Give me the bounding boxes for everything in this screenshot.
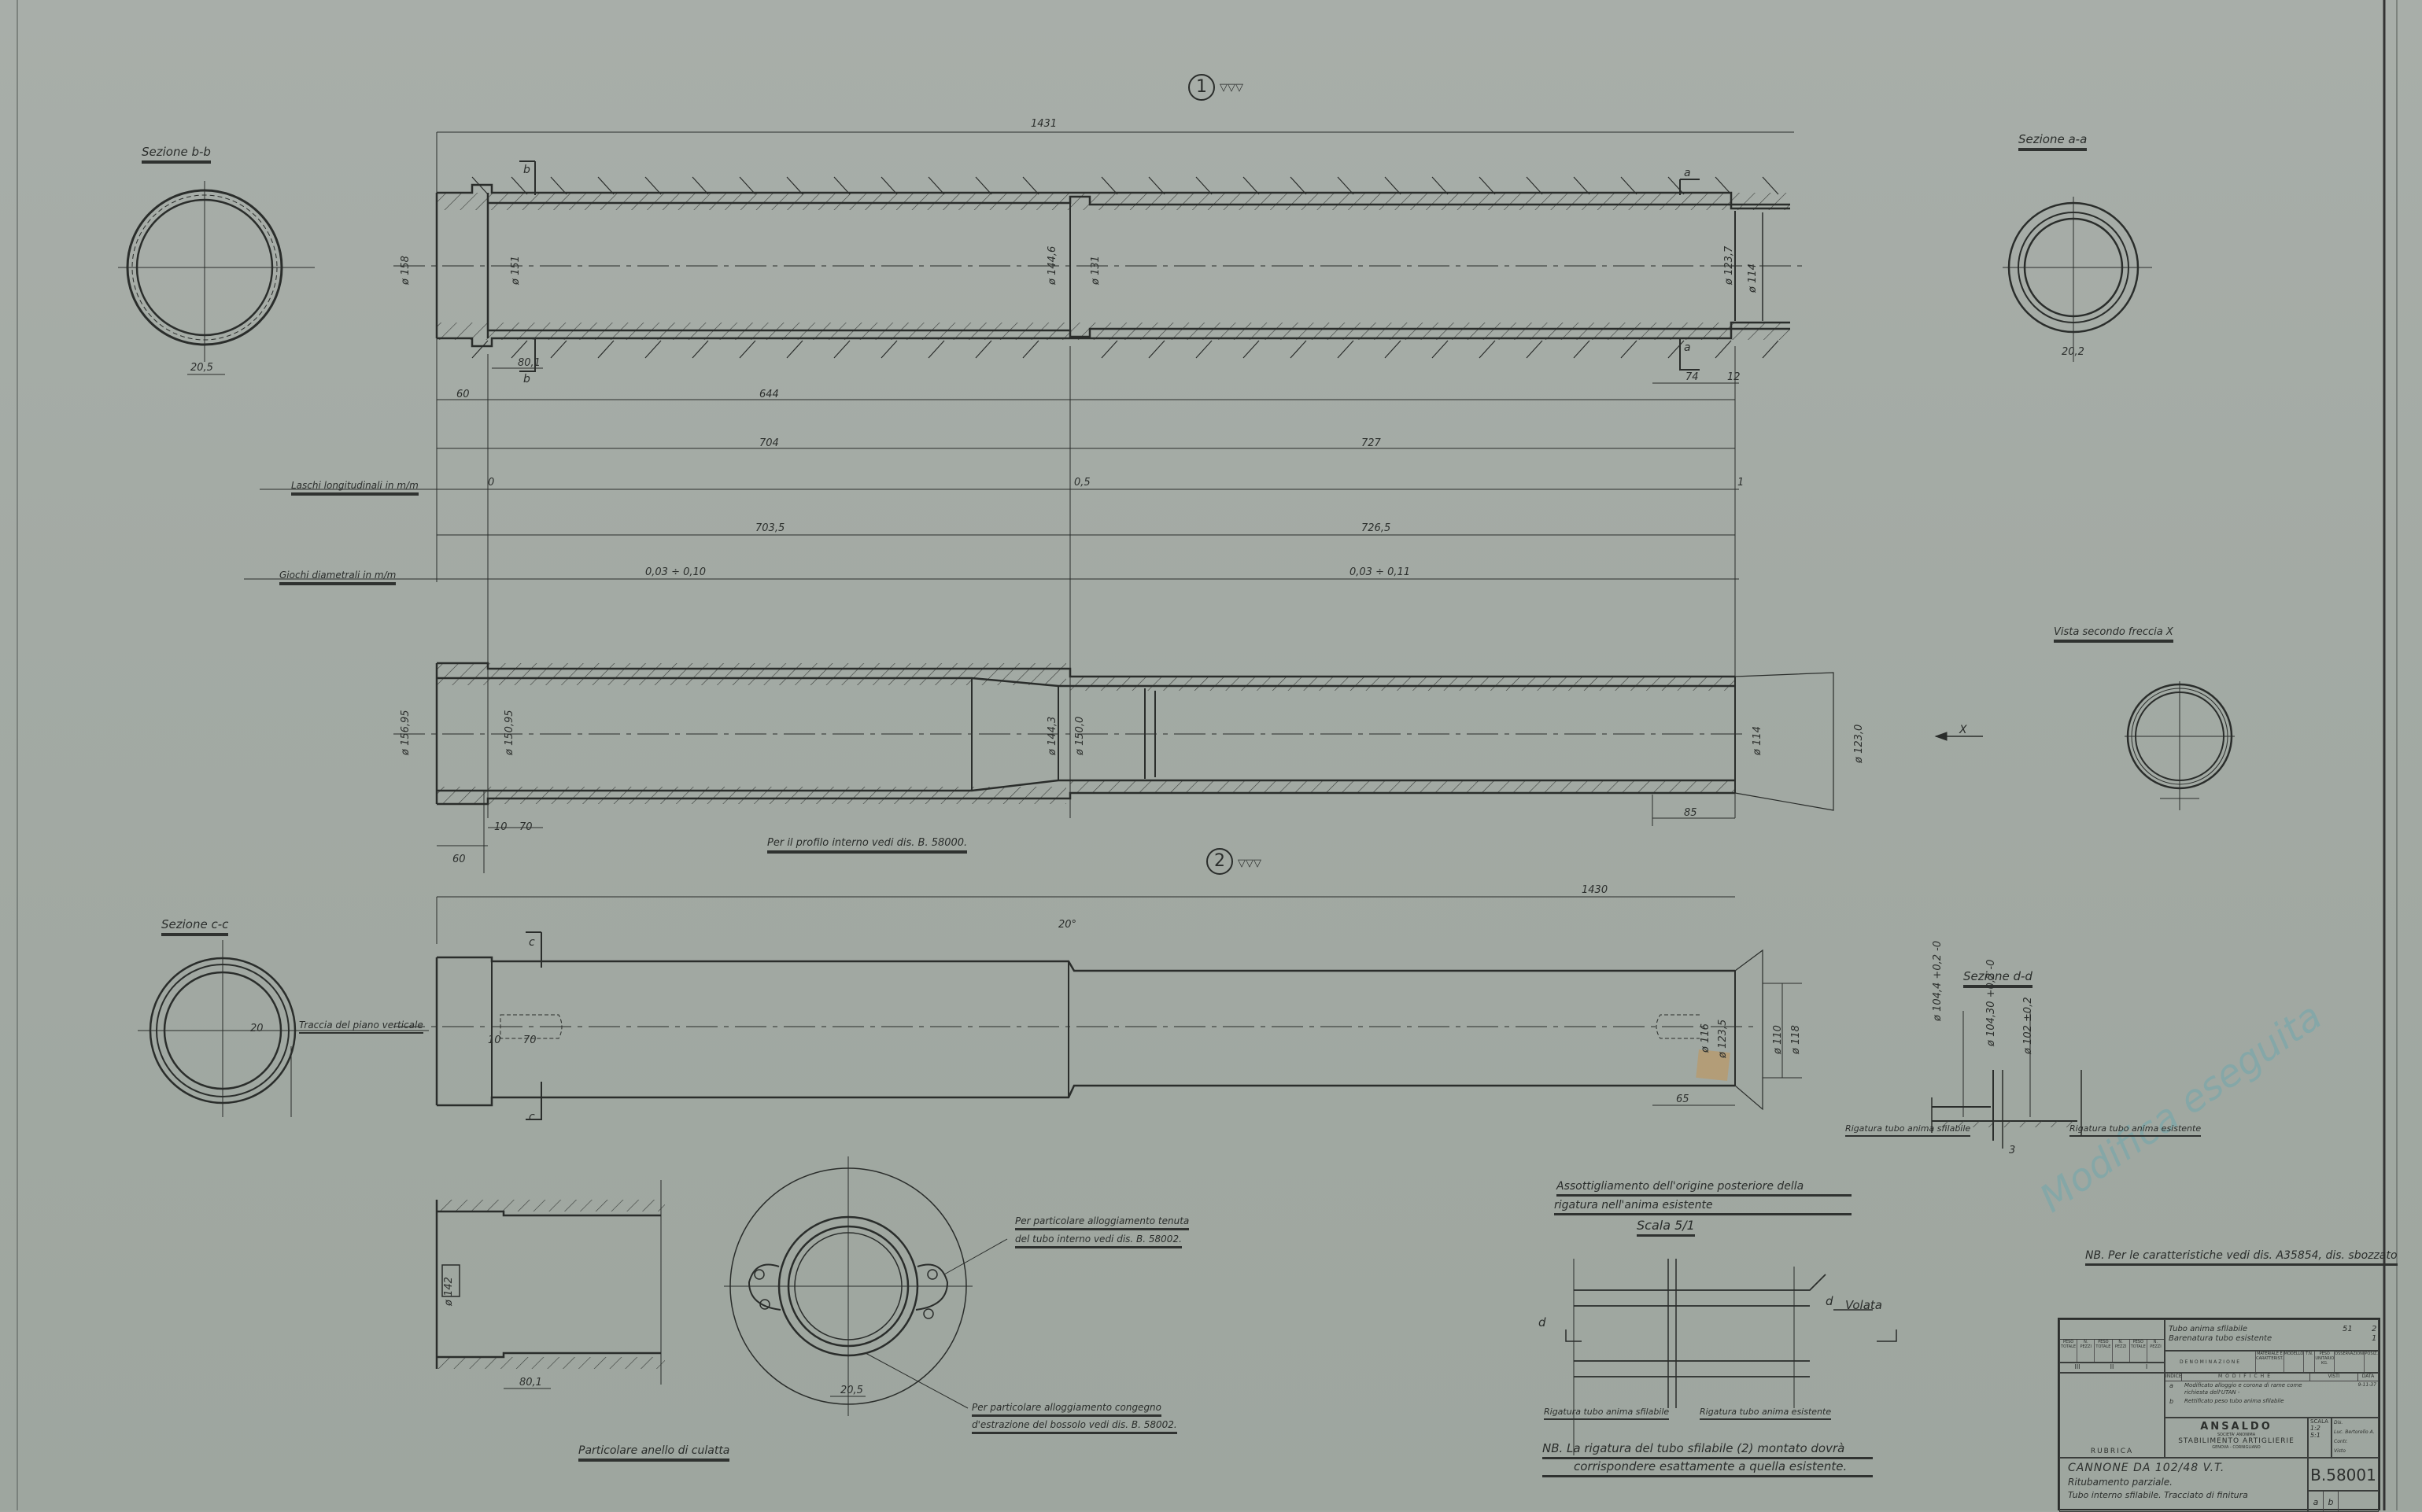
dia-114-b: ø 114	[1752, 726, 1763, 755]
breech-ring-detail	[437, 1180, 665, 1388]
dd-dia-102: ø 102 ±0,2	[2022, 997, 2034, 1054]
part-1-pos: 1	[2372, 1334, 2376, 1343]
dd-dia-104-4: ø 104,4 +0,2 -0	[1932, 941, 1944, 1021]
dim-727: 727	[1361, 437, 1381, 449]
internal-profile-note: Per il profilo interno vedi dis. B. 5800…	[767, 837, 967, 854]
section-cc-title: Sezione c-c	[161, 917, 228, 936]
dim-10: 10	[494, 821, 508, 833]
breech-ring-detail-title: Particolare anello di culatta	[578, 1444, 729, 1462]
section-letter-c-bottom: c	[529, 1111, 535, 1123]
part-1-name: Barenatura tubo esistente	[2169, 1334, 2272, 1343]
section-aa-drawing	[2003, 197, 2152, 362]
signature-visto: Visto	[2334, 1447, 2378, 1456]
dia-144-3: ø 144,3	[1047, 717, 1058, 755]
part2-exterior-view	[393, 897, 1802, 1119]
plant-location: GENOVA - CORNIGLIANO	[2165, 1445, 2307, 1450]
dim-703-5: 703,5	[755, 522, 785, 534]
part2-longitudinal-section	[393, 663, 1833, 897]
revision-box-b: b	[2324, 1492, 2339, 1510]
dd-rifling-existing-label: Rigatura tubo anima esistente	[2069, 1123, 2201, 1137]
thinning-note-2: rigatura nell'anima esistente	[1554, 1199, 1852, 1215]
dia-150-95: ø 150,95	[504, 710, 515, 755]
dd-dia-104-30: ø 104,30 +0,2 -0	[1985, 960, 1997, 1046]
data-header: DATA	[2357, 1374, 2378, 1381]
dia-123-5: ø 123,5	[1717, 1020, 1729, 1058]
revision-index-a: a	[2169, 1382, 2173, 1389]
rifling-existing-label: Rigatura tubo anima esistente	[1700, 1407, 1831, 1420]
dim-20-2-aa: 20,2	[2062, 346, 2084, 358]
plant-name: STABILIMENTO ARTIGLIERIE	[2165, 1437, 2307, 1445]
weight-header: PESO TOTALE	[2095, 1340, 2112, 1362]
dd-dim-3: 3	[2009, 1145, 2015, 1156]
revision-box-a: a	[2309, 1492, 2324, 1510]
rifling-removable-label: Rigatura tubo anima sfilabile	[1544, 1407, 1669, 1420]
lasco-mid: 0,5	[1074, 477, 1091, 489]
section-bb-title: Sezione b-b	[142, 145, 211, 164]
company-name: ANSALDO	[2165, 1421, 2307, 1433]
signature-contr: Contr.	[2334, 1437, 2378, 1447]
signature-luc: Luc. Bertorello A.	[2334, 1428, 2378, 1437]
dim-total-top: 1431	[1031, 118, 1057, 130]
dim-80-1: 80,1	[518, 357, 541, 369]
weight-group: I	[2129, 1363, 2164, 1372]
parts-headers: DENOMINAZIONE MATERIALE E CARATTERIST. M…	[2165, 1351, 2379, 1373]
revision-boxes: a b	[2308, 1491, 2379, 1510]
company-block: ANSALDO SOCIETA' ANONIMA STABILIMENTO AR…	[2165, 1418, 2308, 1458]
header-denominazione: DENOMINAZIONE	[2165, 1352, 2256, 1372]
section-letter-d-right: d	[1826, 1294, 1833, 1308]
revision-a-date: 9-11-37	[2358, 1382, 2376, 1388]
dim-20-5-bb: 20,5	[190, 362, 213, 374]
angle-20: 20°	[1058, 919, 1076, 931]
section-letter-d-left: d	[1538, 1315, 1546, 1329]
lasco-right: 1	[1737, 477, 1744, 489]
lasco-left: 0	[488, 477, 494, 489]
section-letter-a-bottom: a	[1684, 341, 1691, 354]
part-2-name: Tubo anima sfilabile	[2169, 1325, 2247, 1333]
revision-a-text: Modificato alloggio e corona di rame com…	[2184, 1382, 2310, 1396]
indice-header: INDICE	[2165, 1374, 2182, 1381]
weight-header: PESO TOTALE	[2060, 1340, 2077, 1362]
scale-block: SCALA 1:2 5:1	[2308, 1418, 2332, 1458]
drawing-title-block: CANNONE DA 102/48 V.T. Ritubamento parzi…	[2059, 1458, 2308, 1510]
header-posiz: POSIZ.	[2365, 1352, 2378, 1372]
part-2-pos: 2	[2372, 1325, 2376, 1333]
revision-index-b: b	[2169, 1398, 2173, 1405]
scale-label: SCALA	[2310, 1418, 2331, 1425]
header-peso: PESO UNITARIO KG.	[2315, 1352, 2335, 1372]
diametral-clearance-label: Giochi diametrali in m/m	[279, 570, 396, 585]
title-block: PESO TOTALE N. PEZZI PESO TOTALE N. PEZZ…	[2058, 1318, 2380, 1510]
visti-header: VISTI	[2309, 1374, 2357, 1381]
section-dd-title: Sezione d-d	[1963, 969, 2032, 988]
dim-60: 60	[456, 389, 470, 400]
surface-finish-symbol: ▽▽▽	[1220, 82, 1243, 94]
dia-114: ø 114	[1747, 264, 1759, 293]
drawing-title-3: Tubo interno sfilabile. Tracciato di fin…	[2068, 1490, 2299, 1500]
dim-total-mid: 1430	[1582, 884, 1608, 896]
view-x-title: Vista secondo freccia X	[2054, 626, 2173, 643]
dim-70: 70	[519, 821, 533, 833]
drawing-sheet: Modifica eseguita 1 ▽▽▽ 2 ▽▽▽ Sezione b-…	[0, 0, 2422, 1510]
drawing-title-1: CANNONE DA 102/48 V.T.	[2068, 1462, 2299, 1474]
dd-rifling-removable-label: Rigatura tubo anima sfilabile	[1845, 1123, 1970, 1137]
nb-characteristics-note: NB. Per le caratteristiche vedi dis. A35…	[2085, 1249, 2398, 1266]
nb-rifling-note-1: NB. La rigatura del tubo sfilabile (2) m…	[1542, 1441, 1873, 1459]
dia-156-95: ø 156,95	[400, 710, 412, 755]
dia-142: ø 142	[443, 1277, 455, 1306]
dim-20: 20	[250, 1023, 264, 1034]
weight-group: II	[2095, 1363, 2129, 1372]
dia-131: ø 131	[1090, 256, 1102, 285]
header-tn: T.N.	[2304, 1352, 2315, 1372]
dim-60-b: 60	[452, 854, 466, 865]
thinning-note-1: Assottigliamento dell'origine posteriore…	[1556, 1180, 1852, 1197]
extractor-housing-note-2: d'estrazione del bossolo vedi dis. B. 58…	[972, 1419, 1177, 1434]
section-aa-title: Sezione a-a	[2018, 132, 2087, 151]
part-2-marker: 2	[1206, 848, 1233, 875]
arrow-x-label: X	[1959, 724, 1967, 736]
dia-116: ø 116	[1700, 1023, 1711, 1053]
dim-20-5-b: 20,5	[840, 1385, 863, 1396]
rifling-detail-scale-5-1	[1566, 1259, 1896, 1455]
part-1-marker: 1	[1188, 74, 1215, 101]
modifiche-header: MODIFICHE	[2182, 1374, 2309, 1381]
dim-65: 65	[1676, 1093, 1689, 1105]
volata-label: Volata	[1845, 1298, 1882, 1312]
part-2-material: 51	[2343, 1325, 2353, 1333]
scale-5-1-label: Scala 5/1	[1637, 1218, 1695, 1237]
view-x-drawing	[1936, 681, 2235, 810]
dim-644: 644	[759, 389, 779, 400]
dim-726-5: 726,5	[1361, 522, 1390, 534]
revisions-table: INDICE MODIFICHE VISTI DATA a Modificato…	[2165, 1373, 2379, 1418]
seal-housing-note-1: Per particolare alloggiamento tenuta	[1015, 1215, 1189, 1230]
section-letter-b-top: b	[523, 164, 530, 176]
section-letter-a-top: a	[1684, 167, 1691, 179]
drawing-title-2: Ritubamento parziale.	[2068, 1477, 2299, 1488]
section-letter-c-top: c	[529, 936, 535, 949]
vertical-plane-trace-label: Traccia del piano verticale	[299, 1020, 423, 1034]
scale-1-2: 1:2	[2310, 1425, 2331, 1432]
drawing-number: B.58001	[2308, 1458, 2379, 1491]
header-materiale: MATERIALE E CARATTERIST.	[2256, 1352, 2284, 1372]
section-letter-b-bottom: b	[523, 373, 530, 385]
revision-b-text: Rettificato peso tubo anima sfilabile	[2184, 1398, 2284, 1404]
scale-5-1: 5:1	[2310, 1432, 2331, 1439]
dim-70-b: 70	[523, 1034, 537, 1046]
dim-704: 704	[759, 437, 779, 449]
rubrica-label: RUBRICA	[2060, 1447, 2164, 1455]
technical-drawing-linework	[0, 0, 2422, 1510]
weight-groups: III II I	[2059, 1363, 2165, 1373]
dim-74: 74	[1685, 371, 1699, 383]
nb-rifling-note-2: corrispondere esattamente a quella esist…	[1542, 1459, 1873, 1477]
gioco-left: 0,03 ÷ 0,10	[645, 566, 706, 578]
breech-face-view	[724, 1156, 1007, 1416]
weights-header: PESO TOTALE N. PEZZI PESO TOTALE N. PEZZ…	[2059, 1319, 2165, 1363]
dia-123-7: ø 123,7	[1723, 246, 1735, 285]
dia-158: ø 158	[400, 256, 412, 285]
part1-longitudinal-section	[244, 132, 1802, 818]
surface-finish-symbol-2: ▽▽▽	[1238, 857, 1261, 869]
rubrica-area: RUBRICA	[2059, 1373, 2165, 1458]
section-bb-drawing	[118, 181, 315, 374]
dim-12: 12	[1727, 371, 1741, 383]
signatures-block: Dis. Luc. Bertorello A. Contr. Visto	[2332, 1418, 2379, 1458]
extractor-housing-note-1: Per particolare alloggiamento congegno	[972, 1402, 1161, 1417]
parts-list: Tubo anima sfilabile Barenatura tubo esi…	[2165, 1319, 2379, 1351]
dia-151: ø 151	[510, 256, 522, 285]
dim-85: 85	[1684, 807, 1697, 819]
weight-header: N. PEZZI	[2077, 1340, 2095, 1362]
dia-118: ø 118	[1790, 1025, 1802, 1054]
dia-110: ø 110	[1772, 1025, 1784, 1054]
dia-144-6: ø 144,6	[1047, 246, 1058, 285]
longitudinal-clearance-label: Laschi longitudinali in m/m	[291, 480, 419, 496]
dia-150-0: ø 150,0	[1074, 717, 1086, 755]
signature-dis: Dis.	[2334, 1418, 2378, 1428]
dim-10-b: 10	[488, 1034, 501, 1046]
dim-80-1-b: 80,1	[519, 1377, 542, 1388]
weight-group: III	[2060, 1363, 2095, 1372]
weight-header: N. PEZZI	[2147, 1340, 2164, 1362]
seal-housing-note-2: del tubo interno vedi dis. B. 58002.	[1015, 1234, 1182, 1248]
gioco-right: 0,03 ÷ 0,11	[1349, 566, 1410, 578]
weight-header: PESO TOTALE	[2130, 1340, 2147, 1362]
header-osservazioni: OSSERVAZIONI	[2335, 1352, 2365, 1372]
weight-header: N. PEZZI	[2113, 1340, 2130, 1362]
dia-123-0: ø 123,0	[1853, 725, 1865, 763]
header-modello: MODELLO	[2284, 1352, 2305, 1372]
